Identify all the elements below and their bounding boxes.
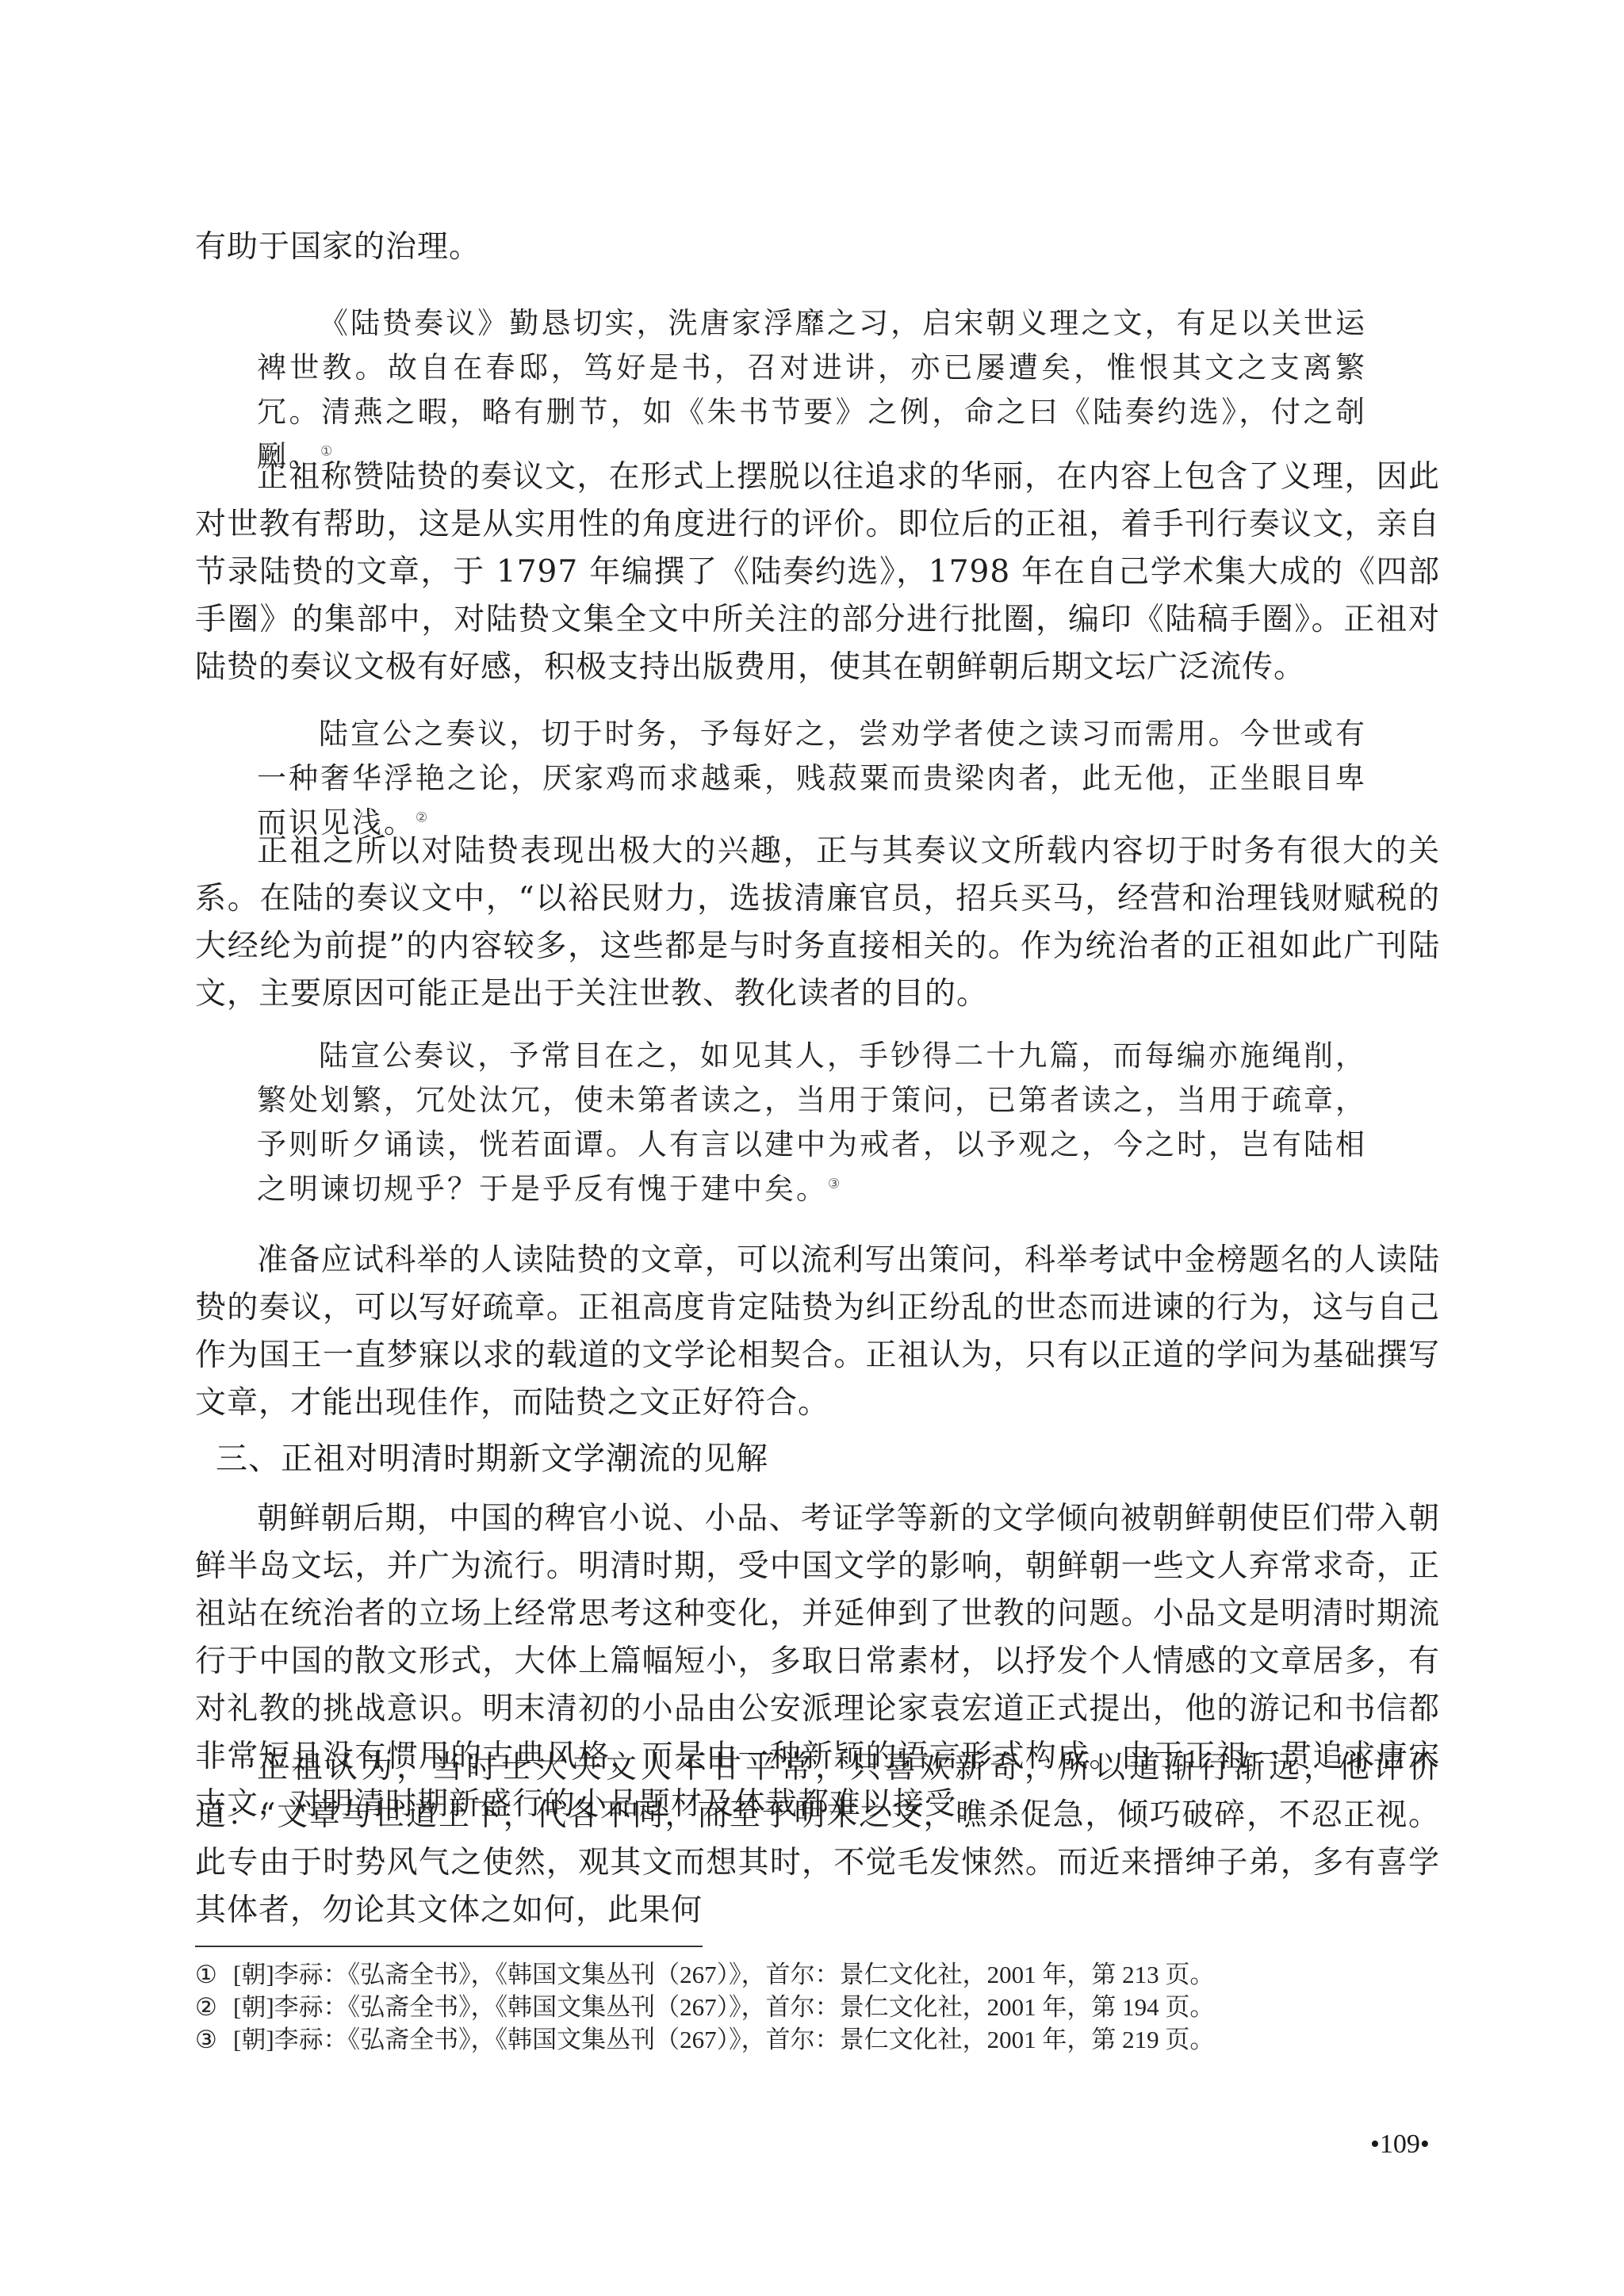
footnote-mark: ② (195, 1991, 233, 2023)
block-quote-1: 《陆贽奏议》勤恳切实，洗唐家浮靡之习，启宋朝义理之文，有足以关世运裨世教。故自在… (257, 301, 1367, 479)
paragraph-opening: 有助于国家的治理。 (195, 224, 1440, 271)
block-quote-2: 陆宣公之奏议，切于时务，予每好之，尝劝学者使之读习而需用。今世或有一种奢华浮艳之… (257, 712, 1367, 845)
quote-text: 《陆贽奏议》勤恳切实，洗唐家浮靡之习，启宋朝义理之文，有足以关世运裨世教。故自在… (257, 306, 1367, 473)
paragraph-body: 准备应试科举的人读陆贽的文章，可以流利写出策问，科举考试中金榜题名的人读陆贽的奏… (195, 1237, 1440, 1427)
footnote-text: [朝]李祘：《弘斋全书》，《韩国文集丛刊（267）》，首尔：景仁文化社，2001… (233, 1958, 1214, 1991)
block-quote-3: 陆宣公奏议，予常目在之，如见其人，手钞得二十九篇，而每编亦施绳削，繁处划繁，冗处… (257, 1034, 1367, 1211)
quote-text: 陆宣公奏议，予常目在之，如见其人，手钞得二十九篇，而每编亦施绳削，繁处划繁，冗处… (257, 1039, 1367, 1206)
paragraph-body: 正祖之所以对陆贽表现出极大的兴趣，正与其奏议文所载内容切于时务有很大的关系。在陆… (195, 828, 1440, 1018)
footnote-divider (195, 1946, 703, 1947)
footnote-item: ③ [朝]李祘：《弘斋全书》，《韩国文集丛刊（267）》，首尔：景仁文化社，20… (195, 2023, 1440, 2056)
footnote-item: ② [朝]李祘：《弘斋全书》，《韩国文集丛刊（267）》，首尔：景仁文化社，20… (195, 1991, 1440, 2023)
section-heading: 三、正祖对明清时期新文学潮流的见解 (216, 1437, 768, 1481)
footnote-text: [朝]李祘：《弘斋全书》，《韩国文集丛刊（267）》，首尔：景仁文化社，2001… (233, 2023, 1214, 2056)
footnote-mark: ③ (195, 2023, 233, 2056)
paragraph-body: 正祖认为，当时士大夫文人不甘平常，只喜欢新奇，所以道渐行渐远，他评价道：“文章与… (195, 1744, 1440, 1934)
footnote-mark: ① (195, 1958, 233, 1991)
footnotes-list: ① [朝]李祘：《弘斋全书》，《韩国文集丛刊（267）》，首尔：景仁文化社，20… (195, 1958, 1440, 2056)
paragraph-body: 正祖称赞陆贽的奏议文，在形式上摆脱以往追求的华丽，在内容上包含了义理，因此对世教… (195, 453, 1440, 691)
page-number: •109• (1370, 2130, 1430, 2160)
footnote-ref-2[interactable]: ② (416, 810, 427, 826)
footnote-ref-3[interactable]: ③ (828, 1177, 840, 1192)
footnote-item: ① [朝]李祘：《弘斋全书》，《韩国文集丛刊（267）》，首尔：景仁文化社，20… (195, 1958, 1440, 1991)
footnote-text: [朝]李祘：《弘斋全书》，《韩国文集丛刊（267）》，首尔：景仁文化社，2001… (233, 1991, 1214, 2023)
